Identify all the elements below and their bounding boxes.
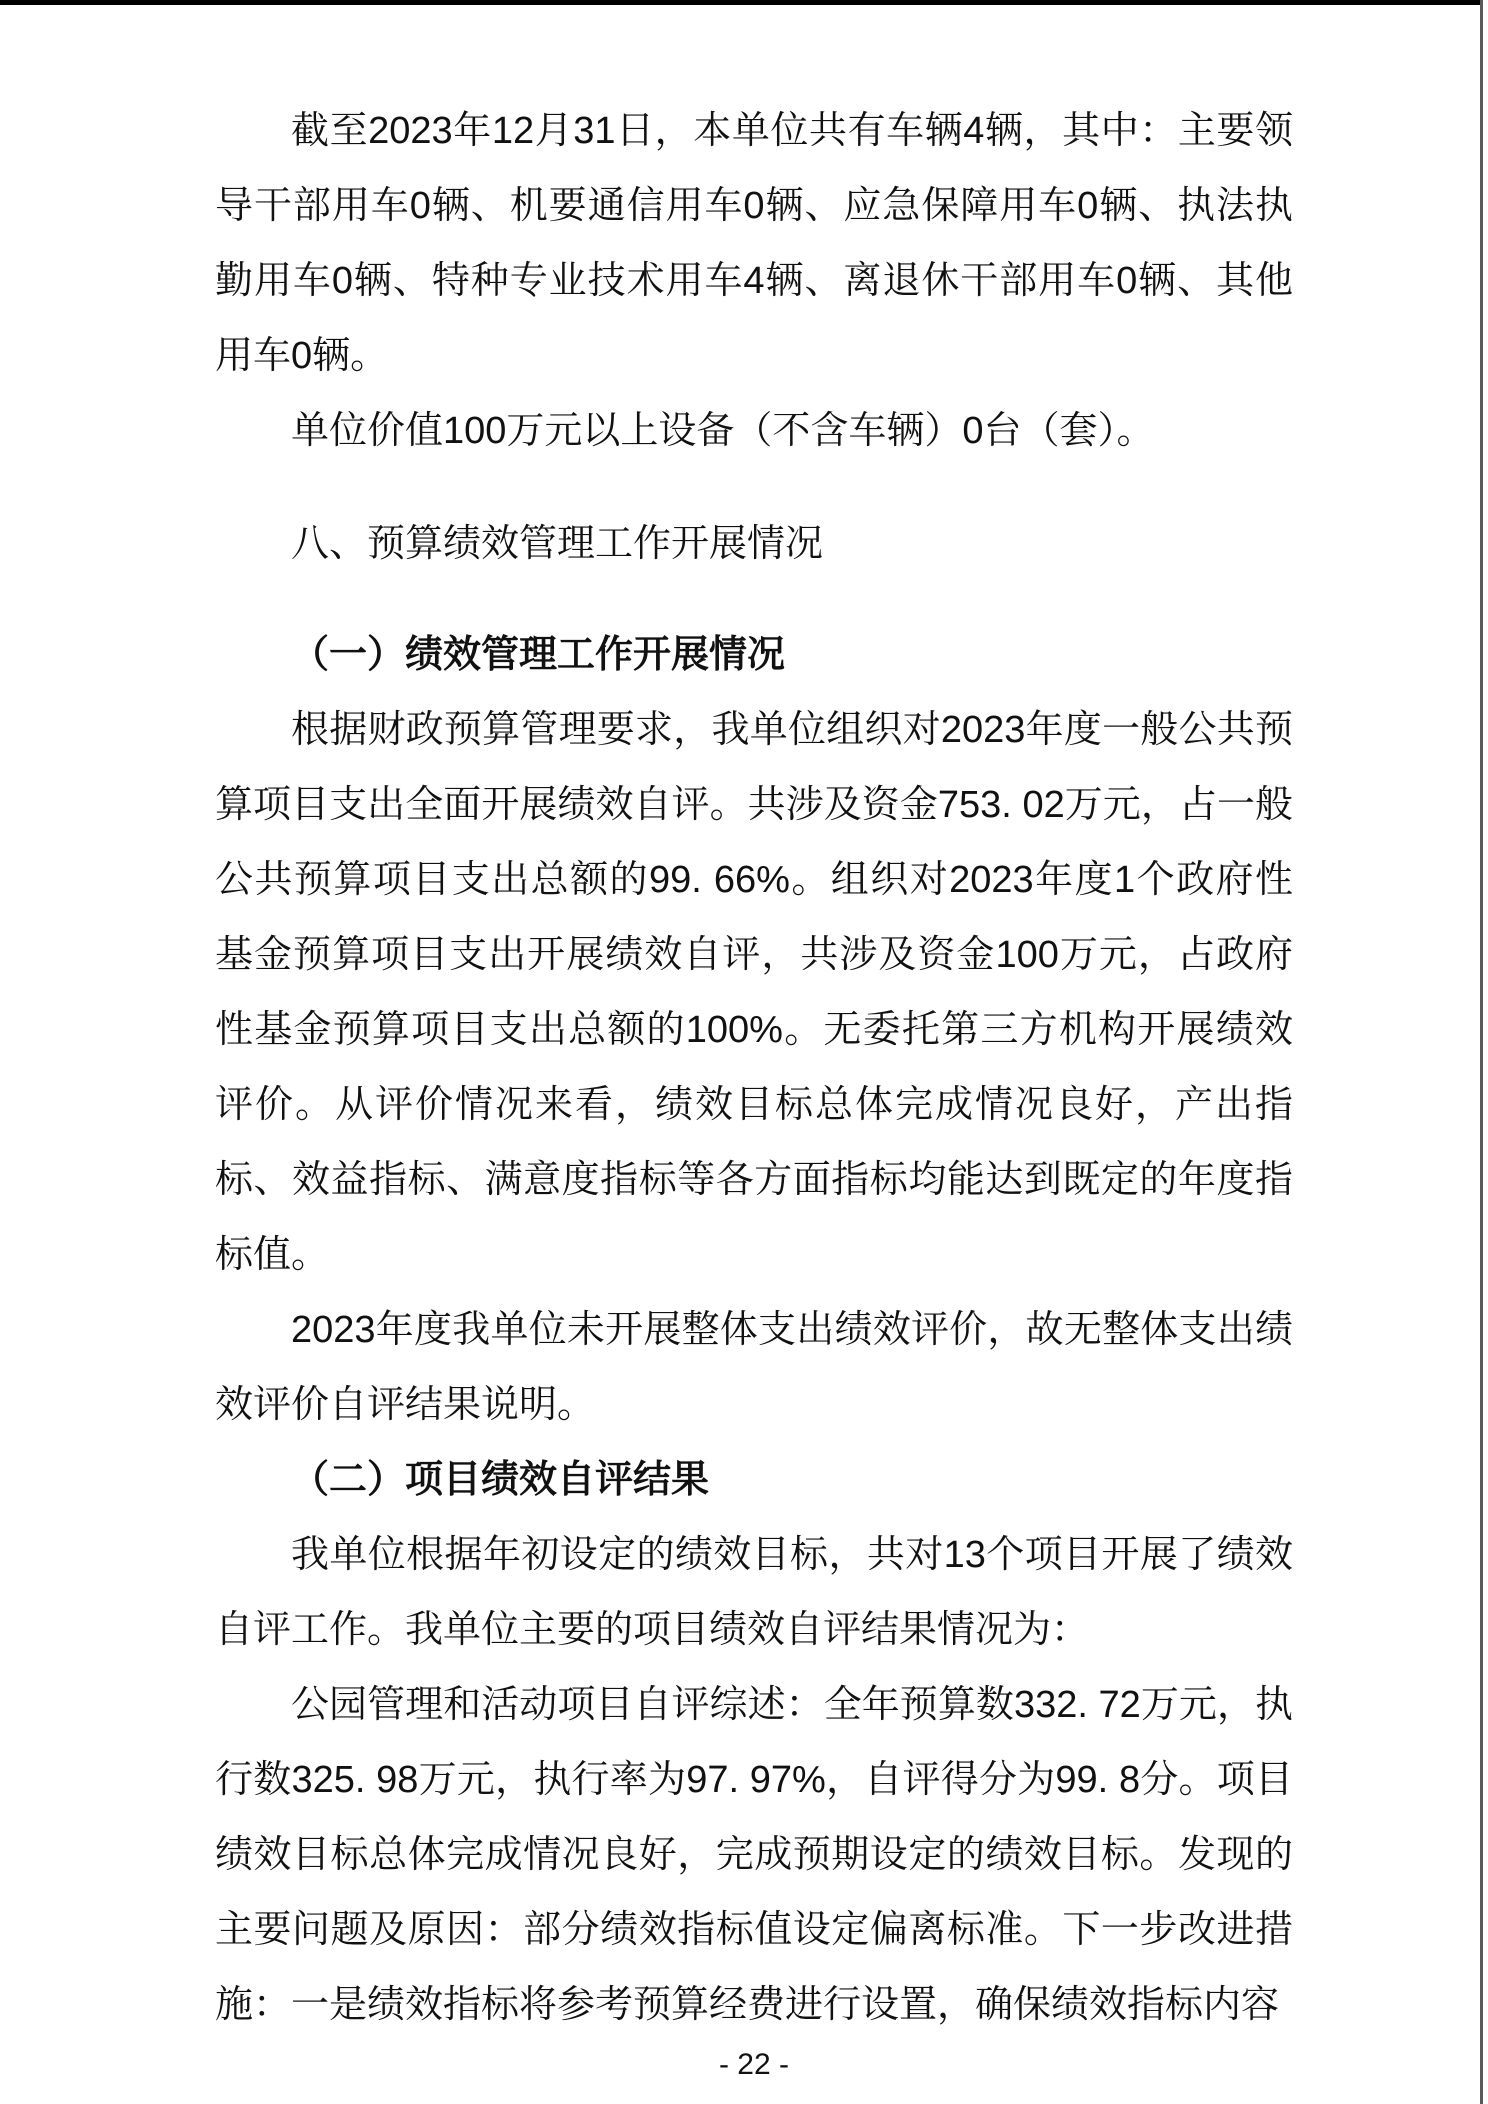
section-heading-budget-performance: 八、预算绩效管理工作开展情况: [215, 507, 1293, 582]
paragraph-equipment-over-1m: 单位价值100万元以上设备（不含车辆）0台（套）。: [215, 394, 1293, 469]
paragraph-project-self-evaluation-intro: 我单位根据年初设定的绩效目标，共对13个项目开展了绩效自评工作。我单位主要的项目…: [215, 1518, 1293, 1668]
page-number: - 22 -: [215, 2045, 1293, 2085]
paragraph-vehicle-count: 截至2023年12月31日，本单位共有车辆4辆，其中：主要领导干部用车0辆、机要…: [215, 94, 1293, 394]
paragraph-park-management-project: 公园管理和活动项目自评综述：全年预算数332. 72万元，执行数325. 98万…: [215, 1668, 1293, 2043]
document-content: 截至2023年12月31日，本单位共有车辆4辆，其中：主要领导干部用车0辆、机要…: [215, 94, 1293, 2043]
paragraph-self-evaluation-overview: 根据财政预算管理要求，我单位组织对2023年度一般公共预算项目支出全面开展绩效自…: [215, 693, 1293, 1293]
paragraph-no-overall-evaluation: 2023年度我单位未开展整体支出绩效评价，故无整体支出绩效评价自评结果说明。: [215, 1293, 1293, 1443]
subsection-heading-performance-management: （一）绩效管理工作开展情况: [215, 618, 1293, 693]
scan-edge-right-artifact: [1480, 0, 1483, 2104]
scan-edge-top-artifact: [0, 0, 1482, 5]
document-page: 截至2023年12月31日，本单位共有车辆4辆，其中：主要领导干部用车0辆、机要…: [0, 0, 1488, 2104]
subsection-heading-project-self-evaluation: （二）项目绩效自评结果: [215, 1443, 1293, 1518]
